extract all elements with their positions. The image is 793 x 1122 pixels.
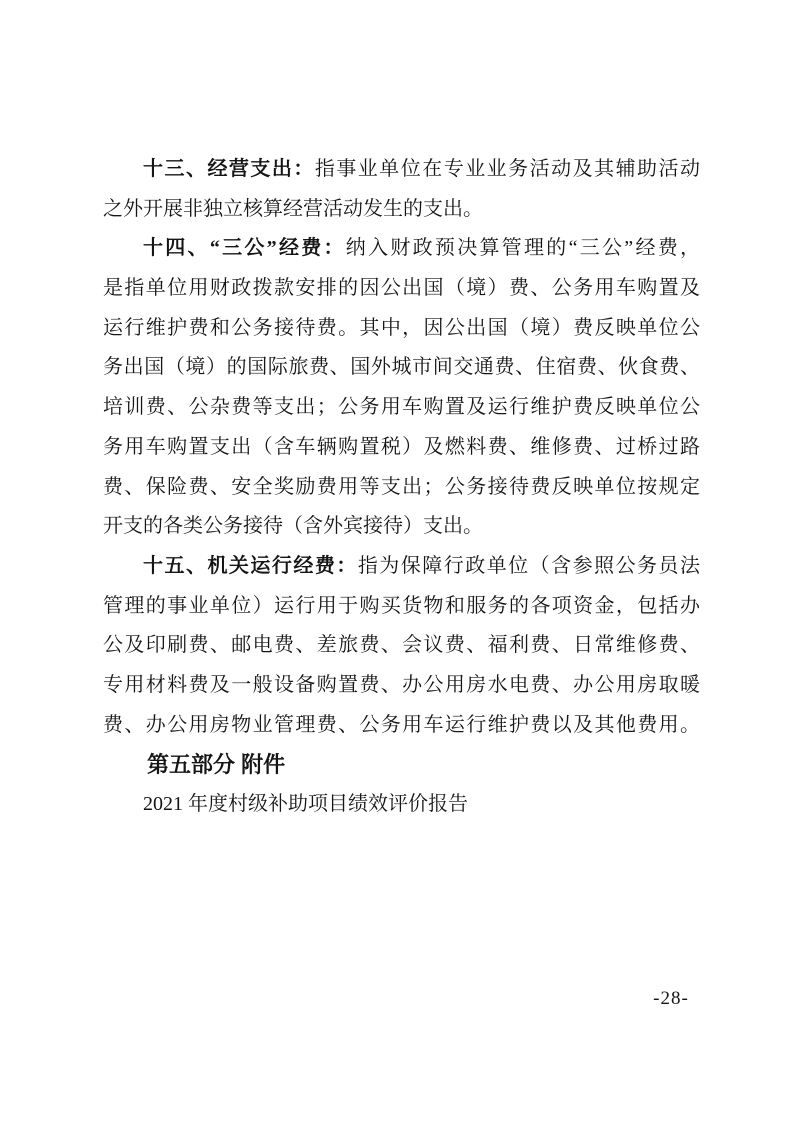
body-line: 专用材料费及一般设备购置费、办公用房水电费、办公用房取暖 [103, 666, 700, 706]
body-text: 务用车购置支出（含车辆购置税）及燃料费、维修费、过桥过路 [103, 436, 700, 458]
page-number: -28- [645, 986, 697, 1012]
body-text: 管理的事业单位）运行用于购买货物和服务的各项资金，包括办 [103, 595, 700, 617]
body-line: 是指单位用财政拨款安排的因公出国（境）费、公务用车购置及 [103, 269, 700, 309]
body-line: 之外开展非独立核算经营活动发生的支出。 [103, 190, 700, 230]
body-line: 务用车购置支出（含车辆购置税）及燃料费、维修费、过桥过路 [103, 428, 700, 468]
paragraph-lead-bold: 十三、经营支出： [143, 158, 315, 180]
body-text: 指为保障行政单位（含参照公务员法 [358, 555, 700, 577]
paragraph-lead-bold: 十五、机关运行经费： [143, 555, 358, 577]
body-line: 培训费、公杂费等支出；公务用车购置及运行维护费反映单位公 [103, 388, 700, 428]
body-line: 十五、机关运行经费：指为保障行政单位（含参照公务员法 [103, 547, 700, 587]
body-line: 务出国（境）的国际旅费、国外城市间交通费、住宿费、伙食费、 [103, 348, 700, 388]
attachment-title-text: 2021 年度村级补助项目绩效评价报告 [143, 793, 468, 815]
body-text: 费、保险费、安全奖励费用等支出；公务接待费反映单位按规定 [103, 476, 700, 498]
text-block: 十三、经营支出：指事业单位在专业业务活动及其辅助活动 之外开展非独立核算经营活动… [103, 150, 700, 825]
body-line: 费、办公用房物业管理费、公务用车运行维护费以及其他费用。 [103, 706, 700, 746]
paragraph-lead-bold: 十四、“三公”经费： [143, 237, 346, 259]
section-heading: 第五部分 附件 [103, 745, 700, 785]
body-line: 运行维护费和公务接待费。其中，因公出国（境）费反映单位公 [103, 309, 700, 349]
body-line: 公及印刷费、邮电费、差旅费、会议费、福利费、日常维修费、 [103, 626, 700, 666]
body-text: 运行维护费和公务接待费。其中，因公出国（境）费反映单位公 [103, 317, 700, 339]
body-text: 专用材料费及一般设备购置费、办公用房水电费、办公用房取暖 [103, 674, 700, 696]
body-line: 管理的事业单位）运行用于购买货物和服务的各项资金，包括办 [103, 587, 700, 627]
body-text: 务出国（境）的国际旅费、国外城市间交通费、住宿费、伙食费、 [103, 356, 700, 378]
body-text: 指事业单位在专业业务活动及其辅助活动 [315, 158, 700, 180]
body-text: 之外开展非独立核算经营活动发生的支出。 [103, 198, 483, 220]
body-text: 开支的各类公务接待（含外宾接待）支出。 [103, 515, 483, 537]
body-line: 开支的各类公务接待（含外宾接待）支出。 [103, 507, 700, 547]
body-text: 公及印刷费、邮电费、差旅费、会议费、福利费、日常维修费、 [103, 634, 700, 656]
document-page: 十三、经营支出：指事业单位在专业业务活动及其辅助活动 之外开展非独立核算经营活动… [0, 0, 793, 1122]
body-text: 纳入财政预决算管理的“三公”经费， [346, 237, 700, 259]
body-text: 是指单位用财政拨款安排的因公出国（境）费、公务用车购置及 [103, 277, 700, 299]
body-line: 费、保险费、安全奖励费用等支出；公务接待费反映单位按规定 [103, 468, 700, 508]
section-heading-text: 第五部分 附件 [147, 752, 285, 777]
body-line: 十四、“三公”经费：纳入财政预决算管理的“三公”经费， [103, 229, 700, 269]
body-text: 培训费、公杂费等支出；公务用车购置及运行维护费反映单位公 [103, 396, 700, 418]
attachment-title: 2021 年度村级补助项目绩效评价报告 [103, 785, 700, 825]
body-line: 十三、经营支出：指事业单位在专业业务活动及其辅助活动 [103, 150, 700, 190]
body-text: 费、办公用房物业管理费、公务用车运行维护费以及其他费用。 [103, 714, 700, 736]
